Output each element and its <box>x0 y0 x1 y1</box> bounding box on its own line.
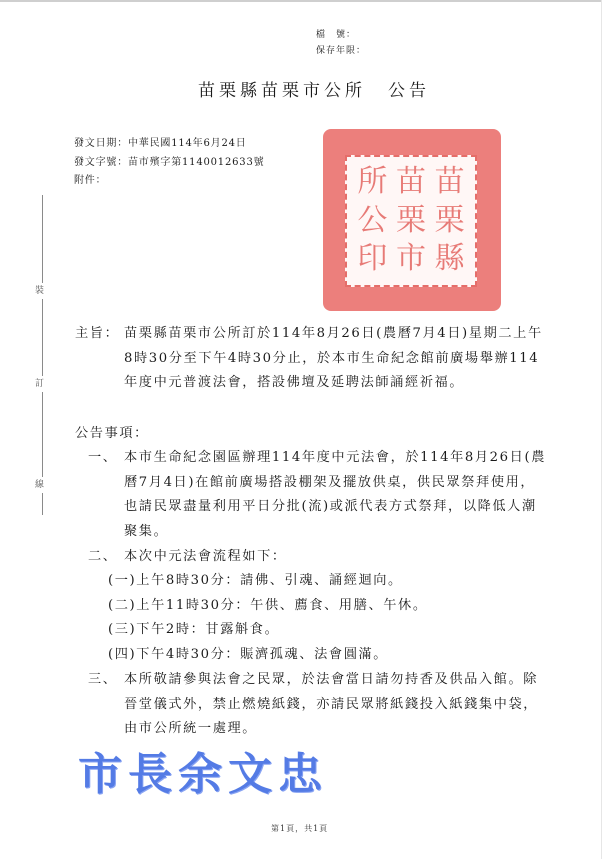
seal-glyph: 公 <box>353 202 392 241</box>
notice-item-2: 二、 本次中元法會流程如下： <box>88 545 548 570</box>
file-meta: 檔 號： 保存年限： <box>316 27 366 59</box>
binding-margin-line <box>42 195 43 515</box>
file-number-row: 檔 號： <box>316 27 366 43</box>
seal-glyph: 苗 <box>392 163 431 202</box>
item-number: 一、 <box>88 446 118 471</box>
seal-glyph: 所 <box>353 163 392 202</box>
retention-label: 保存年限： <box>316 46 366 56</box>
binding-char-bind: 裝 <box>35 283 44 299</box>
seal-glyph: 縣 <box>430 240 469 279</box>
subject-label: 主旨： <box>75 322 119 347</box>
page-top-border <box>0 0 602 2</box>
dispatch-number-value: 苗市殯字第1140012633號 <box>128 157 264 168</box>
notice-items-label: 公告事項： <box>75 422 149 441</box>
title-organization: 苗栗縣苗栗市公所 <box>198 81 366 101</box>
retention-row: 保存年限： <box>316 43 366 59</box>
file-number-label: 檔 號： <box>316 30 356 40</box>
title-doc-type: 公告 <box>388 81 430 101</box>
dispatch-date-label: 發文日期： <box>74 138 128 149</box>
seal-glyph: 栗 <box>430 202 469 241</box>
attachment-label: 附件： <box>74 175 106 186</box>
schedule-row: (一)上午8時30分：請佛、引魂、誦經迴向。 <box>108 569 428 594</box>
seal-glyphs: 所 苗 苗 公 栗 栗 印 市 縣 <box>353 163 469 279</box>
seal-glyph: 苗 <box>430 163 469 202</box>
item-number: 三、 <box>88 668 118 693</box>
schedule-row: (二)上午11時30分：午供、薦食、用膳、午休。 <box>108 594 428 619</box>
official-seal-stamp: 所 苗 苗 公 栗 栗 印 市 縣 <box>323 129 501 311</box>
item-number: 二、 <box>88 545 118 570</box>
mayor-signature-stamp: 市長余文忠 <box>78 738 328 802</box>
notice-item-1: 一、 本市生命紀念園區辦理114年度中元法會，於114年8月26日(農曆7月4日… <box>88 446 548 544</box>
item-text: 本所敬請參與法會之民眾，於法會當日請勿持香及供品入館。除晉堂儀式外，禁止燃燒紙錢… <box>124 668 548 742</box>
item-text: 本市生命紀念園區辦理114年度中元法會，於114年8月26日(農曆7月4日)在館… <box>124 446 548 544</box>
schedule-row: (三)下午2時：甘露斛食。 <box>108 618 428 643</box>
dispatch-date-row: 發文日期：中華民國114年6月24日 <box>74 135 264 154</box>
attachment-row: 附件： <box>74 172 264 191</box>
page-title: 苗栗縣苗栗市公所公告 <box>198 76 430 101</box>
seal-glyph: 栗 <box>392 202 431 241</box>
seal-glyph: 市 <box>392 240 431 279</box>
dispatch-date-value: 中華民國114年6月24日 <box>128 138 247 149</box>
subject-text: 苗栗縣苗栗市公所訂於114年8月26日(農曆7月4日)星期二上午8時30分至下午… <box>124 322 545 396</box>
binding-char-line: 線 <box>35 477 44 493</box>
subject-section: 主旨： 苗栗縣苗栗市公所訂於114年8月26日(農曆7月4日)星期二上午8時30… <box>75 322 545 396</box>
seal-inner-frame: 所 苗 苗 公 栗 栗 印 市 縣 <box>345 155 477 287</box>
item-text: 本次中元法會流程如下： <box>124 545 548 570</box>
dispatch-info: 發文日期：中華民國114年6月24日 發文字號：苗市殯字第1140012633號… <box>74 135 264 191</box>
ceremony-schedule: (一)上午8時30分：請佛、引魂、誦經迴向。 (二)上午11時30分：午供、薦食… <box>108 569 428 667</box>
page-number: 第1頁，共1頁 <box>271 823 328 834</box>
binding-char-staple: 訂 <box>35 376 44 392</box>
seal-glyph: 印 <box>353 240 392 279</box>
notice-item-3: 三、 本所敬請參與法會之民眾，於法會當日請勿持香及供品入館。除晉堂儀式外，禁止燃… <box>88 668 548 742</box>
schedule-row: (四)下午4時30分：賑濟孤魂、法會圓滿。 <box>108 643 428 668</box>
dispatch-number-row: 發文字號：苗市殯字第1140012633號 <box>74 154 264 173</box>
dispatch-number-label: 發文字號： <box>74 157 128 168</box>
